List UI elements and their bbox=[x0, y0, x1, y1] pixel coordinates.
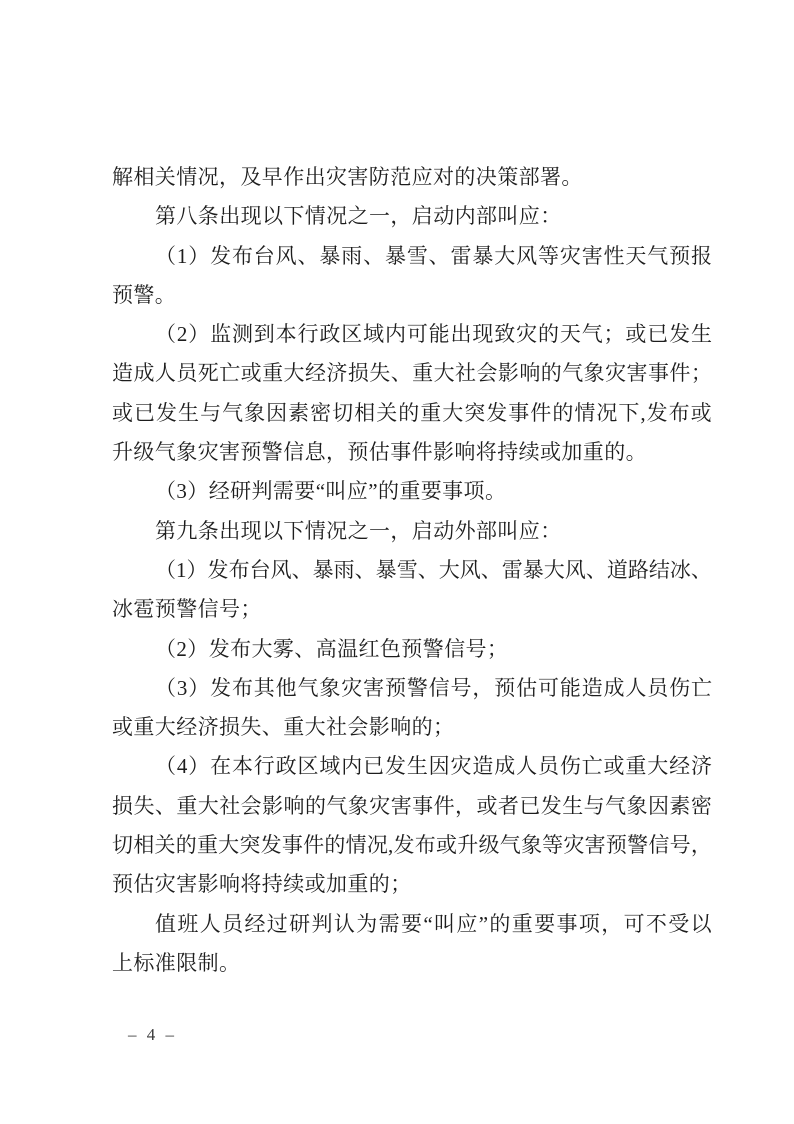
text-line: 预警。 bbox=[112, 276, 712, 315]
text-line: 上标准限制。 bbox=[112, 944, 712, 983]
text-line: （1）发布台风、暴雨、暴雪、大风、雷暴大风、道路结冰、 bbox=[112, 551, 712, 590]
text-line: 损失、重大社会影响的气象灾害事件，或者已发生与气象因素密 bbox=[112, 787, 712, 826]
text-line: （3）经研判需要“叫应”的重要事项。 bbox=[112, 472, 712, 511]
text-block: 解相关情况，及早作出灾害防范应对的决策部署。第八条出现以下情况之一，启动内部叫应… bbox=[112, 158, 712, 983]
text-line: 解相关情况，及早作出灾害防范应对的决策部署。 bbox=[112, 158, 712, 197]
text-line: 冰雹预警信号； bbox=[112, 590, 712, 629]
page-number: – 4 – bbox=[128, 1024, 177, 1046]
text-line: 第八条出现以下情况之一，启动内部叫应： bbox=[112, 197, 712, 236]
text-line: 值班人员经过研判认为需要“叫应”的重要事项，可不受以 bbox=[112, 905, 712, 944]
text-line: （1）发布台风、暴雨、暴雪、雷暴大风等灾害性天气预报 bbox=[112, 237, 712, 276]
document-page: 解相关情况，及早作出灾害防范应对的决策部署。第八条出现以下情况之一，启动内部叫应… bbox=[0, 0, 794, 1124]
text-line: 预估灾害影响将持续或加重的； bbox=[112, 865, 712, 904]
text-line: （2）监测到本行政区域内可能出现致灾的天气；或已发生 bbox=[112, 315, 712, 354]
text-line: 或重大经济损失、重大社会影响的； bbox=[112, 708, 712, 747]
text-line: 升级气象灾害预警信息，预估事件影响将持续或加重的。 bbox=[112, 433, 712, 472]
text-line: 或已发生与气象因素密切相关的重大突发事件的情况下,发布或 bbox=[112, 394, 712, 433]
text-line: （4）在本行政区域内已发生因灾造成人员伤亡或重大经济 bbox=[112, 747, 712, 786]
text-line: 造成人员死亡或重大经济损失、重大社会影响的气象灾害事件； bbox=[112, 354, 712, 393]
text-line: 第九条出现以下情况之一，启动外部叫应： bbox=[112, 512, 712, 551]
text-line: 切相关的重大突发事件的情况,发布或升级气象等灾害预警信号， bbox=[112, 826, 712, 865]
text-line: （3）发布其他气象灾害预警信号，预估可能造成人员伤亡 bbox=[112, 669, 712, 708]
text-line: （2）发布大雾、高温红色预警信号； bbox=[112, 630, 712, 669]
